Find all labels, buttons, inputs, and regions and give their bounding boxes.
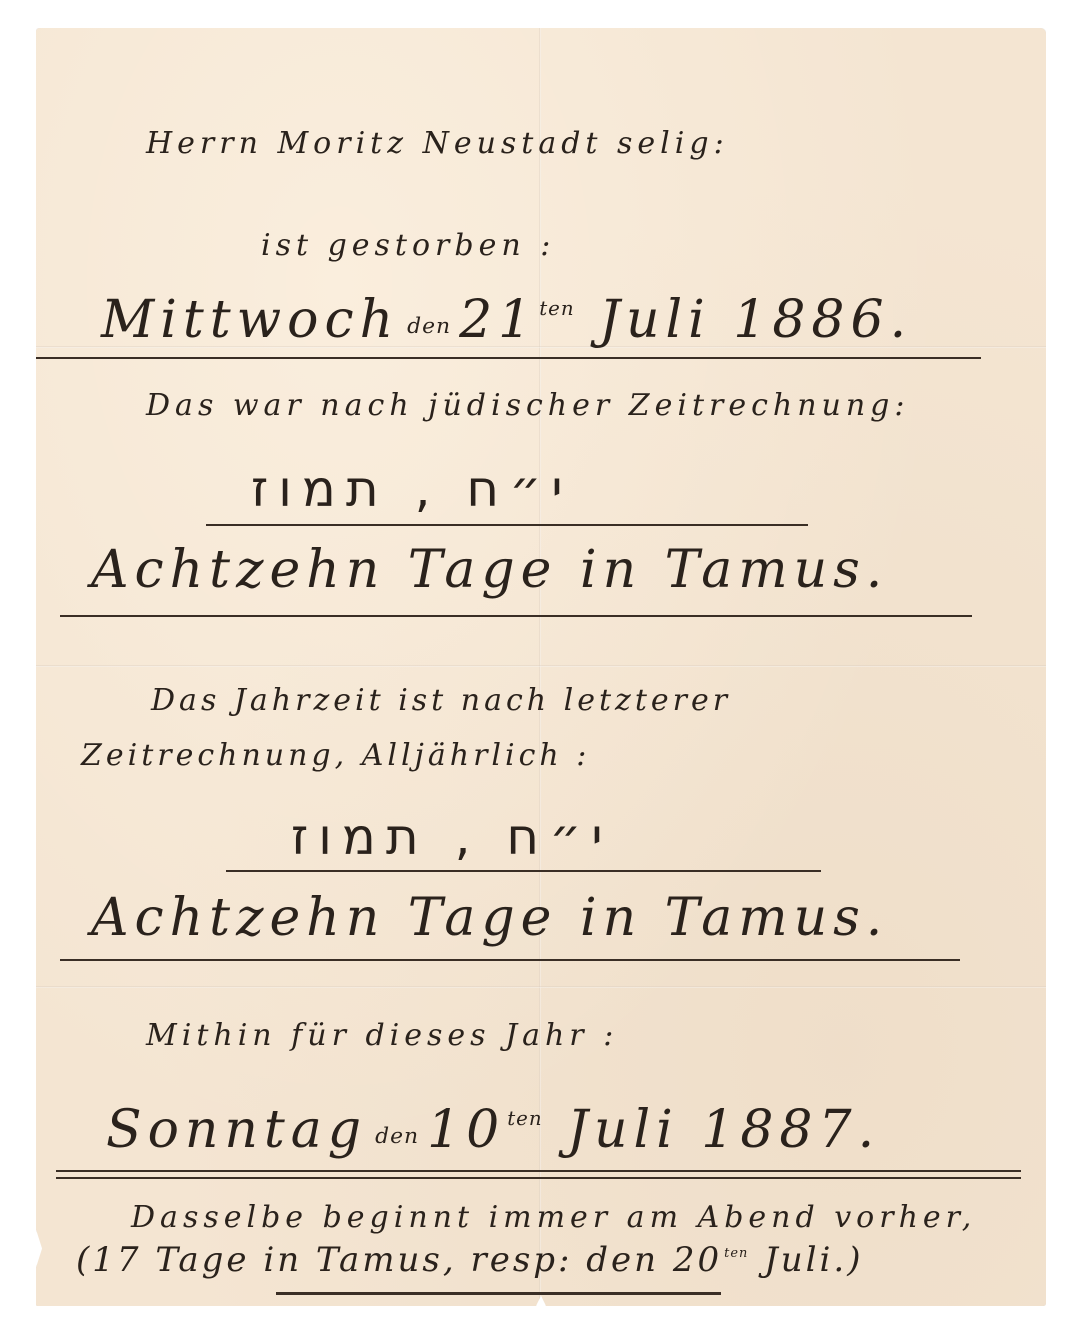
hebrew-translation-1: Achtzehn Tage in Tamus. <box>91 540 888 600</box>
footnote-ordinal: ten <box>724 1246 748 1261</box>
yahrzeit-ordinal: ten <box>507 1107 542 1130</box>
footnote-underline <box>276 1292 721 1295</box>
jewish-reckoning-intro: Das war nach jüdischer Zeitrechnung: <box>146 388 910 423</box>
death-den: den <box>407 314 451 339</box>
death-weekday: Mittwoch <box>101 290 399 350</box>
footnote-suffix: Juli.) <box>764 1240 863 1280</box>
double-underline-top <box>56 1170 1021 1172</box>
yahrzeit-date-line: Sonntagden10ten Juli 1887. <box>106 1100 880 1160</box>
underline <box>36 357 981 359</box>
yahrzeit-month-year: Juli 1887. <box>567 1100 880 1160</box>
underline <box>206 524 808 526</box>
horizontal-fold-line <box>36 665 1046 667</box>
addressee-line: Herrn Moritz Neustadt selig: <box>146 126 729 161</box>
this-year-intro: Mithin für dieses Jahr : <box>146 1018 618 1053</box>
yahrzeit-den: den <box>375 1124 419 1149</box>
double-underline-bottom <box>56 1177 1021 1179</box>
death-date-line: Mittwochden21ten Juli 1886. <box>101 290 912 350</box>
hebrew-date-2: י״ח , תמוז <box>291 808 613 866</box>
yahrzeit-intro-line-1: Das Jahrzeit ist nach letzterer <box>151 683 731 718</box>
footnote-mid: , resp: den 20 <box>443 1240 722 1280</box>
yahrzeit-day: 10 <box>427 1100 505 1160</box>
horizontal-fold-line <box>36 986 1046 988</box>
underline <box>60 615 972 617</box>
death-month-year: Juli 1886. <box>599 290 912 350</box>
underline <box>226 870 821 872</box>
hebrew-date-1: י״ח , תמוז <box>251 460 573 518</box>
footnote-line-1: Dasselbe beginnt immer am Abend vorher, <box>131 1200 976 1235</box>
footnote-line-2: (17 Tage in Tamus, resp: den 20ten Juli.… <box>76 1240 863 1280</box>
yahrzeit-weekday: Sonntag <box>106 1100 367 1160</box>
footnote-tamus: Tamus <box>316 1240 443 1280</box>
yahrzeit-intro-line-2: Zeitrechnung, Alljährlich : <box>81 738 590 773</box>
underline <box>60 959 960 961</box>
death-ordinal: ten <box>539 297 574 320</box>
letter-paper: Herrn Moritz Neustadt selig: ist gestorb… <box>36 28 1046 1306</box>
hebrew-translation-2: Achtzehn Tage in Tamus. <box>91 888 888 948</box>
footnote-prefix: (17 Tage in <box>76 1240 302 1280</box>
died-line: ist gestorben : <box>261 228 555 263</box>
death-day: 21 <box>459 290 537 350</box>
